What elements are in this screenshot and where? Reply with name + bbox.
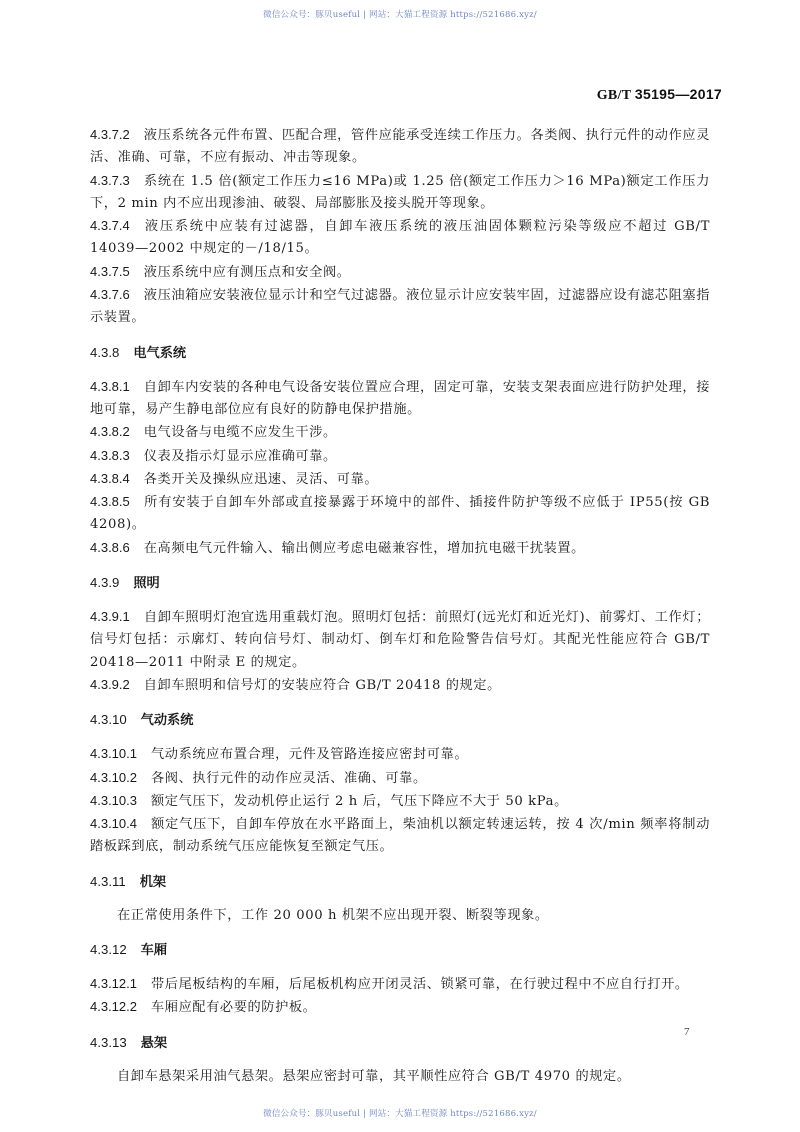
clause: 4.3.7.2液压系统各元件布置、匹配合理，管件应能承受连续工作压力。各类阀、执… [90, 124, 710, 170]
section-body: 在正常使用条件下，工作 20 000 h 机架不应出现开裂、断裂等现象。 [90, 905, 710, 927]
clause-text: 液压油箱应安装液位显示计和空气过滤器。液位显示计应安装牢固，过滤器应设有滤芯阻塞… [90, 288, 710, 325]
section-title: 车厢 [141, 942, 167, 957]
clause-text: 各阀、执行元件的动作应灵活、准确、可靠。 [151, 771, 427, 786]
clause: 4.3.8.3仪表及指示灯显示应准确可靠。 [90, 445, 710, 468]
section-title: 气动系统 [141, 712, 194, 727]
clause-text: 自卸车照明灯泡宜选用重载灯泡。照明灯包括：前照灯(远光灯和近光灯)、前雾灯、工作… [90, 610, 710, 670]
section-heading-pneumatic: 4.3.10气动系统 [90, 710, 710, 730]
clause: 4.3.10.1气动系统应布置合理，元件及管路连接应密封可靠。 [90, 743, 710, 766]
clause: 4.3.10.2各阀、执行元件的动作应灵活、准确、可靠。 [90, 767, 710, 790]
section-heading-frame: 4.3.11机架 [90, 872, 710, 892]
clause-number: 4.3.8.6 [90, 540, 130, 555]
clause-text: 车厢应配有必要的防护板。 [151, 1000, 316, 1015]
clause-text: 在高频电气元件输入、输出侧应考虑电磁兼容性，增加抗电磁干扰装置。 [144, 541, 585, 556]
clause-text: 液压系统各元件布置、匹配合理，管件应能承受连续工作压力。各类阀、执行元件的动作应… [90, 128, 710, 165]
clause: 4.3.8.1自卸车内安装的各种电气设备安装位置应合理，固定可靠，安装支架表面应… [90, 376, 710, 422]
document-body: 4.3.7.2液压系统各元件布置、匹配合理，管件应能承受连续工作压力。各类阀、执… [90, 124, 710, 1088]
clause-number: 4.3.9.1 [90, 609, 130, 624]
standard-number: 35195—2017 [635, 86, 722, 102]
section-number: 4.3.9 [90, 575, 119, 590]
section-title: 照明 [133, 575, 159, 590]
clause-text: 带后尾板结构的车厢，后尾板机构应开闭灵活、锁紧可靠，在行驶过程中不应自行打开。 [151, 977, 689, 992]
section-body: 自卸车悬架采用油气悬架。悬架应密封可靠，其平顺性应符合 GB/T 4970 的规… [90, 1066, 710, 1088]
clause-number: 4.3.10.3 [90, 793, 137, 808]
clause-text: 所有安装于自卸车外部或直接暴露于环境中的部件、插接件防护等级不应低于 IP55(… [90, 495, 710, 532]
section-heading-body: 4.3.12车厢 [90, 940, 710, 960]
clause: 4.3.7.6液压油箱应安装液位显示计和空气过滤器。液位显示计应安装牢固，过滤器… [90, 284, 710, 330]
clause: 4.3.10.4额定气压下，自卸车停放在水平路面上，柴油机以额定转速运转，按 4… [90, 813, 710, 859]
clause: 4.3.9.2自卸车照明和信号灯的安装应符合 GB/T 20418 的规定。 [90, 674, 710, 697]
clause-number: 4.3.7.4 [90, 218, 130, 233]
clause-number: 4.3.7.2 [90, 127, 130, 142]
section-number: 4.3.13 [90, 1035, 127, 1050]
clause-number: 4.3.9.2 [90, 677, 130, 692]
section-title: 电气系统 [133, 345, 186, 360]
clause-number: 4.3.8.4 [90, 471, 130, 486]
clause-number: 4.3.10.4 [90, 816, 137, 831]
standard-code: GB/T 35195—2017 [597, 86, 722, 104]
clause-text: 气动系统应布置合理，元件及管路连接应密封可靠。 [151, 747, 468, 762]
clause-number: 4.3.8.3 [90, 448, 130, 463]
section-heading-suspension: 4.3.13悬架 [90, 1033, 710, 1053]
clause-text: 系统在 1.5 倍(额定工作压力≤16 MPa)或 1.25 倍(额定工作压力＞… [90, 174, 710, 211]
clause-number: 4.3.7.6 [90, 287, 130, 302]
clause: 4.3.7.4液压系统中应装有过滤器，自卸车液压系统的液压油固体颗粒污染等级应不… [90, 215, 710, 261]
clause-number: 4.3.10.2 [90, 770, 137, 785]
section-heading-electrical: 4.3.8电气系统 [90, 343, 710, 363]
clause: 4.3.8.6在高频电气元件输入、输出侧应考虑电磁兼容性，增加抗电磁干扰装置。 [90, 537, 710, 560]
clause-number: 4.3.8.1 [90, 379, 130, 394]
clause-number: 4.3.7.3 [90, 173, 130, 188]
clause-text: 额定气压下，自卸车停放在水平路面上，柴油机以额定转速运转，按 4 次/min 频… [90, 817, 710, 854]
clause-text: 液压系统中应装有过滤器，自卸车液压系统的液压油固体颗粒污染等级应不超过 GB/T… [90, 219, 710, 256]
watermark-top: 微信公众号：豚贝useful | 网站：大猫工程资源 https://52168… [0, 8, 800, 20]
clause-number: 4.3.12.2 [90, 999, 137, 1014]
clause-text: 电气设备与电缆不应发生干涉。 [144, 425, 337, 440]
section-number: 4.3.10 [90, 712, 127, 727]
clause-number: 4.3.12.1 [90, 976, 137, 991]
clause-text: 各类开关及操纵应迅速、灵活、可靠。 [144, 472, 378, 487]
clause: 4.3.7.5液压系统中应有测压点和安全阀。 [90, 261, 710, 284]
clause: 4.3.10.3额定气压下，发动机停止运行 2 h 后，气压下降应不大于 50 … [90, 790, 710, 813]
clause-text: 自卸车内安装的各种电气设备安装位置应合理，固定可靠，安装支架表面应进行防护处理，… [90, 380, 710, 417]
clause: 4.3.12.1带后尾板结构的车厢，后尾板机构应开闭灵活、锁紧可靠，在行驶过程中… [90, 973, 710, 996]
clause-number: 4.3.10.1 [90, 746, 137, 761]
section-title: 悬架 [141, 1035, 167, 1050]
section-title: 机架 [140, 874, 166, 889]
clause: 4.3.8.2电气设备与电缆不应发生干涉。 [90, 421, 710, 444]
clause-text: 自卸车照明和信号灯的安装应符合 GB/T 20418 的规定。 [144, 678, 501, 693]
page-number: 7 [684, 1026, 690, 1038]
section-heading-lighting: 4.3.9照明 [90, 573, 710, 593]
clause-number: 4.3.7.5 [90, 264, 130, 279]
watermark-bottom: 微信公众号：豚贝useful | 网站：大猫工程资源 https://52168… [0, 1107, 800, 1119]
section-number: 4.3.8 [90, 345, 119, 360]
section-number: 4.3.11 [90, 874, 126, 889]
clause-text: 仪表及指示灯显示应准确可靠。 [144, 449, 337, 464]
clause: 4.3.7.3系统在 1.5 倍(额定工作压力≤16 MPa)或 1.25 倍(… [90, 170, 710, 216]
clause: 4.3.8.5所有安装于自卸车外部或直接暴露于环境中的部件、插接件防护等级不应低… [90, 491, 710, 537]
clause-text: 液压系统中应有测压点和安全阀。 [144, 265, 351, 280]
clause-number: 4.3.8.5 [90, 494, 130, 509]
clause: 4.3.12.2车厢应配有必要的防护板。 [90, 996, 710, 1019]
clause-number: 4.3.8.2 [90, 424, 130, 439]
standard-prefix: GB/T [597, 88, 631, 103]
clause-text: 额定气压下，发动机停止运行 2 h 后，气压下降应不大于 50 kPa。 [151, 794, 568, 809]
clause: 4.3.9.1自卸车照明灯泡宜选用重载灯泡。照明灯包括：前照灯(远光灯和近光灯)… [90, 606, 710, 674]
clause: 4.3.8.4各类开关及操纵应迅速、灵活、可靠。 [90, 468, 710, 491]
section-number: 4.3.12 [90, 942, 127, 957]
